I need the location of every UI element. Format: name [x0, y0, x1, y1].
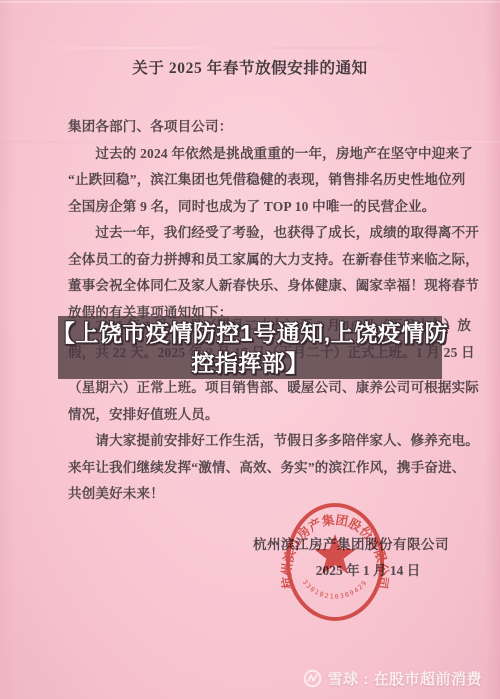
document-text-line: 全国房企第 9 名，同时也成为了 TOP 10 中唯一的民营企业。: [68, 194, 438, 221]
paper-crease: [0, 47, 500, 49]
document-text-line: 请大家提前安排好工作生活，节假日多多陪伴家人、修养充电。: [68, 428, 438, 455]
document-text-line: “止跌回稳”，滨江集团也凭借稳健的表现，销售排名历史性地位列: [68, 167, 438, 194]
document-text-line: 全体员工的奋力拼搏和员工家属的大力支持。在新春佳节来临之际，: [68, 247, 438, 274]
document-text-line: 过去的 2024 年依然是挑战重重的一年，房地产在坚守中迎来了: [68, 141, 438, 168]
document-title: 关于 2025 年春节放假安排的通知: [0, 56, 500, 78]
overlay-banner: 【上饶市疫情防控1号通知,上饶疫情防 控指挥部】: [58, 316, 442, 379]
stamp-star-icon: [314, 534, 356, 574]
document-text-line: 情况，安排好值班人员。: [68, 402, 438, 429]
document-photo: 关于 2025 年春节放假安排的通知 集团各部门、各项目公司： 过去的 2024…: [0, 0, 500, 699]
company-seal-stamp: 杭州滨江房产集团股份有限公司 33010210309429: [270, 497, 400, 627]
svg-text:33010210309429: 33010210309429: [301, 578, 369, 600]
overlay-banner-line2: 控指挥部】: [191, 348, 309, 378]
photo-edge-highlight: [0, 1, 500, 3]
document-text-line: 来年让我们继续发挥“激情、高效、务实”的滨江作风，携手奋进、: [68, 455, 438, 482]
watermark-text: 雪球 : 在股市超前消费: [328, 668, 482, 689]
document-body: 集团各部门、各项目公司： 过去的 2024 年依然是挑战重重的一年，房地产在坚守…: [68, 114, 438, 508]
overlay-banner-line1: 【上饶市疫情防控1号通知,上饶疫情防: [52, 318, 448, 348]
document-text-line: 董事会祝全体同仁及家人新春快乐、身体健康、阖家幸福！现将春节: [68, 273, 438, 300]
xueqiu-logo-icon: [303, 669, 322, 688]
xueqiu-watermark: 雪球 : 在股市超前消费: [303, 667, 482, 689]
document-text-line: 集团各部门、各项目公司：: [68, 114, 438, 141]
document-text-line: 过去一年，我们经受了考验，也获得了成长，成绩的取得离不开: [68, 220, 438, 247]
